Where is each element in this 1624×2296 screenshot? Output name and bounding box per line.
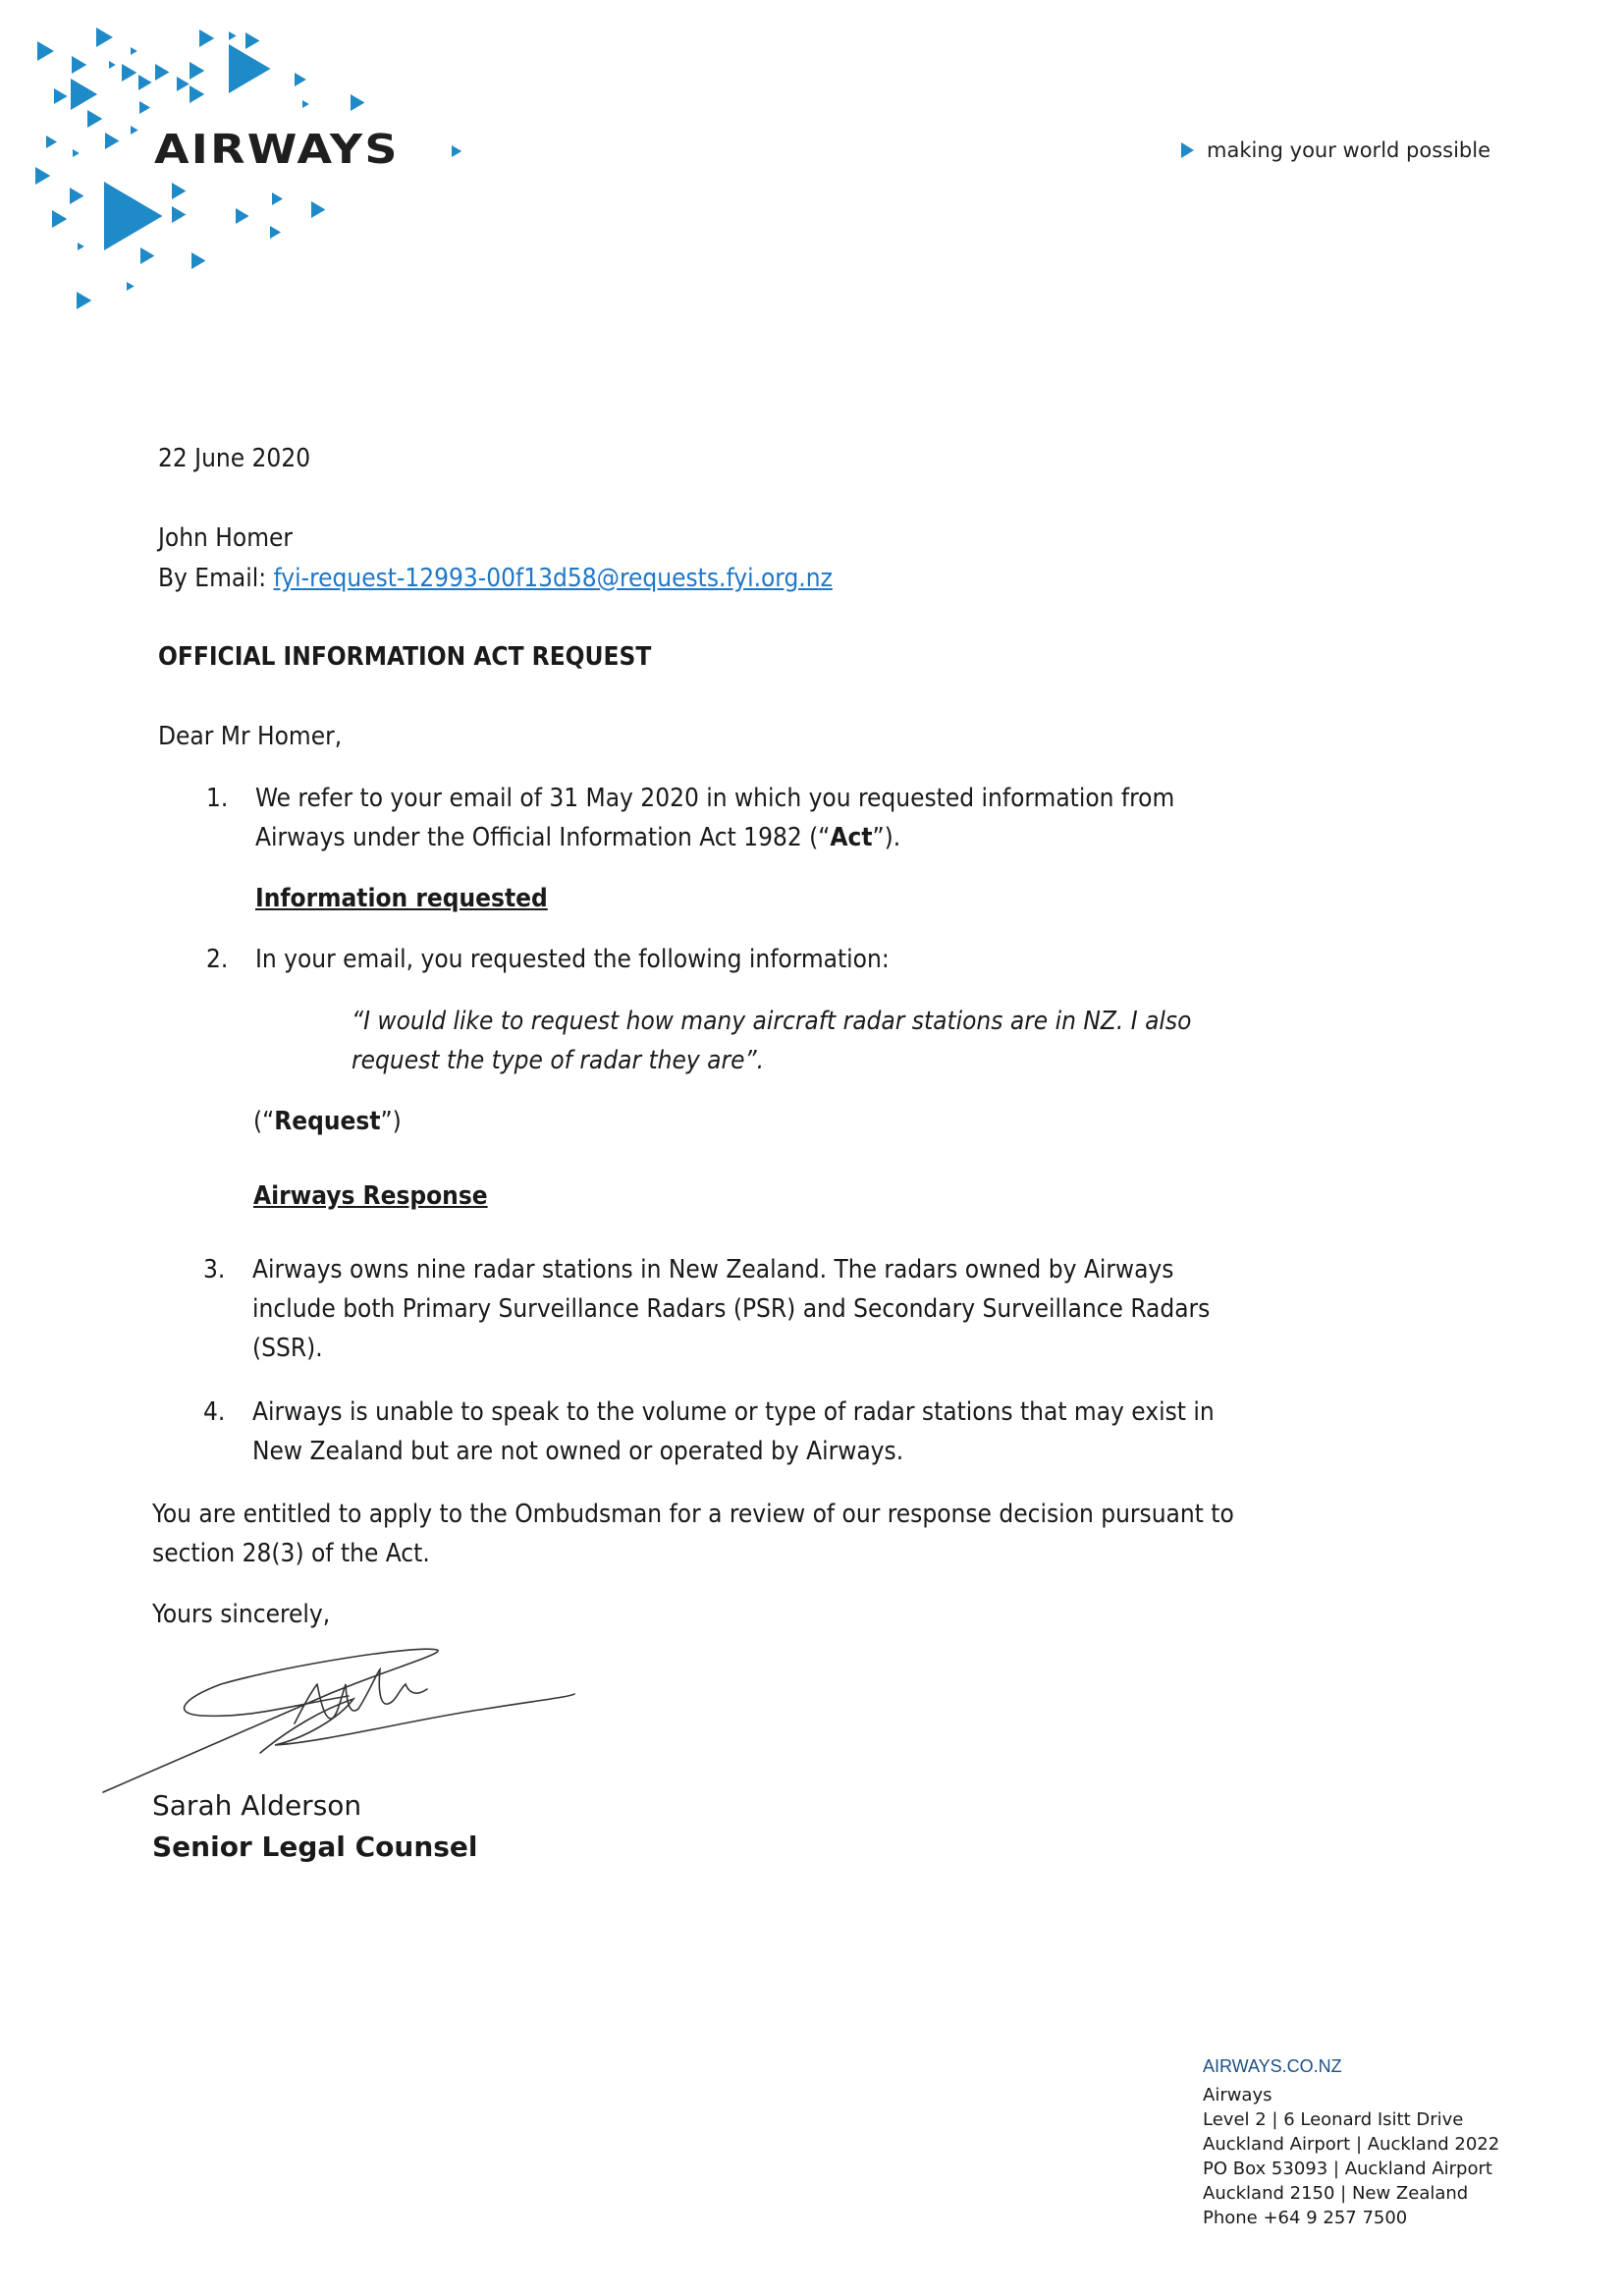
quoted-request: request the type of radar they are”.	[352, 1041, 764, 1080]
recipient-name: John Homer	[158, 519, 293, 558]
paragraph-text: Airways is unable to speak to the volume…	[252, 1393, 1215, 1432]
footer-address-block: AIRWAYS.CO.NZ Airways Level 2 | 6 Leonar…	[1203, 2054, 1499, 2230]
website-link[interactable]: AIRWAYS.CO.NZ	[1203, 2054, 1499, 2079]
paragraph-text: Airways owns nine radar stations in New …	[252, 1250, 1173, 1289]
paragraph-text: We refer to your email of 31 May 2020 in…	[255, 779, 1174, 818]
ombudsman-notice: You are entitled to apply to the Ombudsm…	[152, 1495, 1234, 1534]
request-definition: (“Request”)	[253, 1102, 402, 1141]
tagline: making your world possible	[1181, 138, 1490, 162]
address-line: Auckland 2150 | New Zealand	[1203, 2181, 1499, 2206]
address-line: PO Box 53093 | Auckland Airport	[1203, 2157, 1499, 2181]
play-triangle-icon	[1181, 142, 1194, 158]
address-line: Airways	[1203, 2083, 1499, 2107]
paragraph-number: 1.	[206, 779, 228, 818]
brand-wordmark: AIRWAYS	[154, 126, 400, 173]
paragraph-text: In your email, you requested the followi…	[255, 940, 890, 979]
recipient-email-line: By Email: fyi-request-12993-00f13d58@req…	[158, 559, 833, 598]
address-line: Auckland Airport | Auckland 2022	[1203, 2132, 1499, 2157]
address-line: Level 2 | 6 Leonard Isitt Drive	[1203, 2107, 1499, 2132]
subject-heading: OFFICIAL INFORMATION ACT REQUEST	[158, 637, 651, 677]
heading-information-requested: Information requested	[255, 879, 548, 918]
tagline-text: making your world possible	[1207, 138, 1490, 162]
address-line: Phone +64 9 257 7500	[1203, 2206, 1499, 2230]
ombudsman-notice: section 28(3) of the Act.	[152, 1534, 430, 1573]
paragraph-text: Airways under the Official Information A…	[255, 818, 900, 857]
signature-icon	[93, 1625, 594, 1802]
paragraph-text: include both Primary Surveillance Radars…	[252, 1289, 1210, 1329]
salutation: Dear Mr Homer,	[158, 717, 342, 756]
letter-date: 22 June 2020	[158, 439, 310, 478]
email-label: By Email:	[158, 564, 266, 593]
signatory-title: Senior Legal Counsel	[152, 1831, 478, 1863]
quoted-request: “I would like to request how many aircra…	[352, 1002, 1191, 1041]
signatory-name: Sarah Alderson	[152, 1789, 361, 1822]
email-link[interactable]: fyi-request-12993-00f13d58@requests.fyi.…	[274, 564, 833, 593]
paragraph-number: 2.	[206, 940, 228, 979]
paragraph-number: 4.	[203, 1393, 225, 1432]
paragraph-text: New Zealand but are not owned or operate…	[252, 1432, 903, 1471]
paragraph-number: 3.	[203, 1250, 225, 1289]
airways-logo: AIRWAYS	[0, 0, 550, 334]
paragraph-text: (SSR).	[252, 1329, 323, 1368]
heading-airways-response: Airways Response	[253, 1176, 488, 1216]
